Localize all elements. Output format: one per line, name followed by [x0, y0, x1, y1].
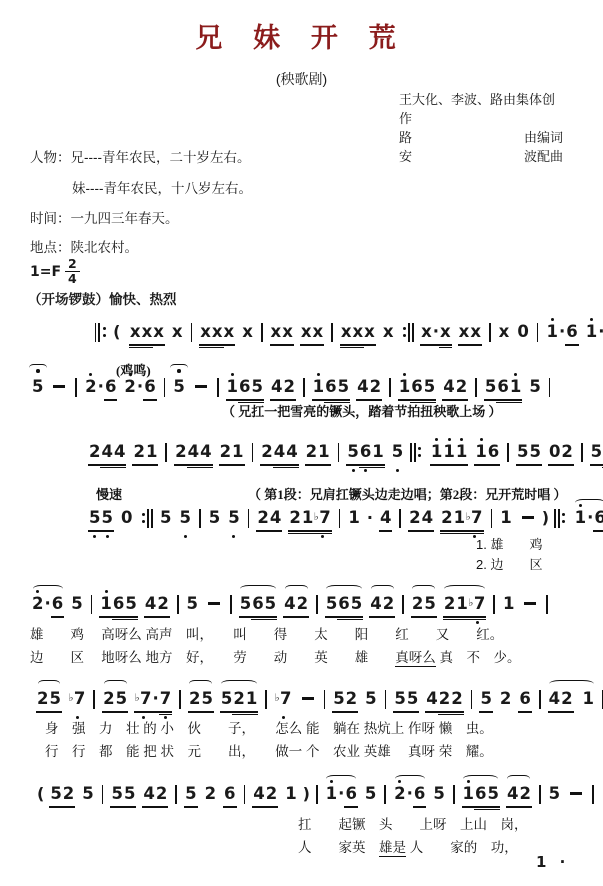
note-group: xx	[300, 322, 323, 343]
note: x	[270, 322, 282, 343]
note: 6	[411, 377, 423, 398]
sustain-dash	[195, 385, 207, 388]
note-glyph: 2	[382, 594, 394, 613]
note: ·	[558, 322, 565, 343]
note-group: 55	[89, 508, 114, 529]
note-glyph: 5	[394, 689, 406, 708]
note-group: 55	[394, 689, 419, 710]
notation-part	[103, 327, 106, 330]
note-group: 5	[32, 377, 44, 398]
note: 4	[101, 442, 113, 463]
note-glyph: 1	[574, 508, 586, 527]
note-group: xxx	[200, 322, 235, 343]
note: 2	[561, 689, 573, 710]
barline	[324, 690, 326, 709]
beam-line	[317, 464, 330, 466]
note: 1	[312, 377, 324, 398]
note-glyph: 7	[280, 689, 292, 708]
note-glyph: 1	[585, 322, 597, 341]
music-system: (xxxxxxxxxxxxxxxxx·xxxx01·61·6	[88, 322, 603, 344]
note: 1	[100, 594, 112, 615]
beam-line	[363, 344, 376, 346]
note: 5	[228, 508, 240, 529]
note-glyph: 2	[155, 784, 167, 803]
note: 2	[305, 442, 317, 463]
note-glyph: 6	[413, 784, 425, 803]
note-glyph: 5	[529, 377, 541, 396]
note-group: xx	[270, 322, 293, 343]
beam-line	[239, 616, 252, 618]
credits-authors: 王大化、李波、路由集体创作	[399, 90, 563, 128]
note-group: 21	[219, 442, 244, 463]
note: 4	[426, 689, 438, 710]
note-glyph: 4	[253, 784, 265, 803]
barline	[581, 443, 583, 462]
cast-line-2: 妹----青年农民，十八岁左右。	[72, 177, 252, 197]
note-glyph: ·	[97, 377, 104, 396]
note-glyph: 6	[325, 377, 337, 396]
beam-line	[379, 530, 392, 532]
note: 4	[200, 442, 212, 463]
close-paren: )	[303, 784, 310, 804]
beam-line	[474, 806, 487, 808]
note-glyph: 2	[219, 442, 231, 461]
lyrics-line: 行 行 都 能 把 状 元 出， 做一 个 农业 英雄 真呀 荣 耀。	[45, 740, 493, 760]
note: 1	[285, 784, 297, 805]
note: 6	[413, 784, 425, 805]
beam-line	[143, 399, 156, 401]
beam-line	[438, 711, 451, 713]
repeat-close-barline	[400, 322, 414, 342]
flat-sign: ♭	[275, 692, 280, 704]
note-glyph: 5	[590, 442, 602, 461]
sustain-dash	[53, 385, 65, 388]
meter-numerator: 2	[65, 258, 80, 272]
note: 5	[480, 689, 492, 710]
beam-line	[88, 464, 101, 466]
note: ·	[97, 377, 104, 398]
note: 6	[359, 442, 371, 463]
note-glyph: 2	[394, 784, 406, 803]
note-glyph: 2	[175, 442, 187, 461]
beam-line	[199, 467, 212, 469]
note: 2	[261, 442, 273, 463]
note: 5	[125, 594, 137, 615]
note: 5	[433, 784, 445, 805]
note-group: 21♭7	[443, 594, 485, 615]
note: x	[421, 322, 433, 343]
note-group: 561	[347, 442, 384, 463]
note-glyph: 6	[359, 442, 371, 461]
music-system: 52·62·651654216542165425615(鸡鸣)（ 兄扛一把雪亮的…	[28, 377, 554, 399]
beam-line	[296, 616, 309, 618]
note-group: ♭7·7	[135, 689, 172, 710]
notation-row: (xxxxxxxxxxxxxxxxx·xxxx01·61·6	[88, 322, 603, 344]
note: 1	[348, 508, 360, 529]
note: 1	[145, 442, 157, 463]
beam-line	[486, 806, 499, 808]
note-group: 111	[430, 442, 467, 463]
barline	[489, 323, 491, 342]
note-glyph: 2	[283, 377, 295, 396]
note-group: 5	[82, 784, 94, 805]
note-glyph: 5	[347, 442, 359, 461]
beam-line	[88, 530, 101, 532]
note-glyph: 2	[37, 689, 49, 708]
note: x	[458, 322, 470, 343]
beam-line	[102, 711, 115, 713]
note-glyph: 2	[438, 689, 450, 708]
beam-line	[313, 533, 331, 535]
sustain-dash	[522, 516, 534, 519]
note-glyph: 7	[140, 689, 152, 708]
note-glyph: 5	[391, 442, 403, 461]
note: 5	[251, 377, 263, 398]
note: 5	[208, 508, 220, 529]
note-glyph: 5	[220, 689, 232, 708]
repeat-bars	[554, 509, 560, 528]
note: 4	[113, 442, 125, 463]
beam-line	[371, 464, 384, 466]
beam-line	[156, 616, 169, 618]
note-glyph: 0	[517, 322, 529, 341]
note: 1	[475, 442, 487, 463]
barline	[175, 785, 177, 804]
note-glyph: 7	[319, 508, 331, 527]
music-system: 2·6516542556542565422521♭71雄 鸡 高呀么 高声 叫，…	[28, 594, 552, 616]
note: ♭7	[314, 508, 331, 529]
score-annotation: 慢速	[96, 484, 122, 503]
note-glyph: 4	[357, 377, 369, 396]
note: 1	[443, 442, 455, 463]
note-group: 0	[517, 322, 529, 343]
note-glyph: 5	[185, 784, 197, 803]
note: 2	[296, 594, 308, 615]
repeat-bars	[410, 443, 416, 462]
note-glyph: 2	[345, 689, 357, 708]
note-glyph: 5	[424, 594, 436, 613]
notation-part	[410, 443, 412, 462]
note: 4	[370, 594, 382, 615]
beam-line	[487, 464, 500, 466]
note: 5	[529, 377, 541, 398]
note-glyph: x	[440, 322, 452, 341]
barline	[385, 690, 387, 709]
beam-line	[371, 467, 384, 469]
note: 2	[283, 377, 295, 398]
beam-line	[301, 530, 314, 532]
note: 0	[120, 508, 132, 529]
note: 5	[239, 594, 251, 615]
note: 1	[500, 508, 512, 529]
lyricist-role: 由编词	[524, 128, 563, 147]
note: 2	[155, 784, 167, 805]
note-group: 42	[144, 594, 169, 615]
key-label: 1=F	[30, 264, 61, 280]
note-glyph: 2	[124, 377, 136, 396]
note-glyph: 2	[103, 689, 115, 708]
beam-line	[439, 344, 452, 346]
note-glyph: x	[242, 322, 254, 341]
note-glyph: 5	[350, 594, 362, 613]
note-gap	[573, 689, 582, 710]
genre-subtitle: (秧歌剧)	[0, 69, 603, 89]
note: 2	[443, 594, 455, 615]
note-glyph: 1	[582, 689, 594, 708]
beam-line	[115, 711, 128, 713]
note-glyph: 5	[123, 784, 135, 803]
note-glyph: 4	[284, 594, 296, 613]
barline	[339, 509, 341, 528]
repeat-dots	[142, 513, 145, 523]
note-glyph: 5	[406, 689, 418, 708]
lyric-segment: 人 家英	[298, 840, 379, 855]
beam-line	[465, 530, 483, 532]
note-glyph: x	[153, 322, 165, 341]
note: x	[223, 322, 235, 343]
note-group: 165	[226, 377, 263, 398]
note: x	[340, 322, 352, 343]
note: x	[382, 322, 394, 343]
note-group: 21	[133, 442, 158, 463]
note: 5	[423, 377, 435, 398]
beam-line	[590, 464, 603, 466]
note: 2	[499, 689, 511, 710]
beam-line	[283, 616, 296, 618]
credits-block: 王大化、李波、路由集体创作 路 由编词 安 波配曲	[399, 90, 563, 166]
note-glyph: 1	[372, 442, 384, 461]
note-group: 2·6	[124, 377, 156, 398]
beam-line	[455, 616, 468, 618]
flat-sign: ♭	[135, 692, 140, 704]
beam-line	[220, 711, 233, 713]
beam-line	[423, 616, 436, 618]
note-glyph: 2	[451, 689, 463, 708]
note-group: ♭7	[275, 689, 292, 710]
note-glyph: 5	[173, 377, 185, 396]
note-glyph: 5	[208, 508, 220, 527]
octave-dot-below	[106, 535, 109, 538]
note-glyph: 6	[487, 442, 499, 461]
beam-line	[188, 711, 201, 713]
barline	[177, 595, 179, 614]
beam-line	[251, 616, 264, 618]
note-glyph: 2	[204, 784, 216, 803]
barline	[546, 595, 548, 614]
beam-line	[468, 619, 486, 621]
repeat-open-barline	[95, 322, 109, 342]
beam-line	[211, 347, 224, 349]
octave-dot-above	[398, 780, 401, 783]
note-group: 2·6	[32, 594, 64, 615]
notation-part	[414, 443, 416, 462]
beam-line	[200, 711, 213, 713]
beam-line	[223, 806, 236, 808]
beam-line	[124, 619, 137, 621]
note-group: 1	[348, 508, 360, 529]
beam-line	[112, 616, 125, 618]
note-group: 16	[475, 442, 500, 463]
beam-line	[593, 530, 603, 532]
barline	[303, 378, 305, 397]
note-group: 5	[173, 377, 185, 398]
beam-line	[359, 464, 372, 466]
beam-line	[393, 711, 406, 713]
note-group: 165	[462, 784, 499, 805]
sheet-music-page: 兄 妹 开 荒 (秧歌剧) 王大化、李波、路由集体创作 路 由编词 安 波配曲 …	[0, 0, 603, 886]
barline	[402, 595, 404, 614]
note-group: 5	[208, 508, 220, 529]
beam-line	[100, 530, 113, 532]
note: 5	[101, 508, 113, 529]
note: 2	[85, 377, 97, 398]
note-glyph: ·	[587, 508, 594, 527]
note-glyph: 0	[548, 442, 560, 461]
lyrics-line: 边 区 地呀么 地方 好， 劳 动 英 雄 真呀么 真 不 少。	[30, 646, 521, 666]
lyric-segment: 雄是	[379, 840, 406, 857]
octave-dot-above	[579, 504, 582, 507]
note-glyph: 6	[411, 377, 423, 396]
beam-line	[51, 616, 64, 618]
music-system: (5255542526421)1·652·65165425扛 起镢 头 上呀 上…	[35, 784, 598, 806]
note-glyph: 1	[232, 442, 244, 461]
note-group: 52	[333, 689, 358, 710]
note: 2	[369, 377, 381, 398]
note-glyph: 4	[187, 442, 199, 461]
music-system: 55055552421♭71·42421♭71)1·651. 雄 鸡2. 边 区	[85, 508, 603, 530]
note: 5	[201, 689, 213, 710]
note: 5	[590, 442, 602, 463]
notation-part	[412, 323, 414, 342]
note-glyph: 6	[252, 594, 264, 613]
note: 4	[187, 442, 199, 463]
note-glyph: x	[352, 322, 364, 341]
barline	[93, 690, 95, 709]
note: 1	[301, 508, 313, 529]
note: ·	[432, 322, 439, 343]
barline	[230, 595, 232, 614]
note-glyph: 5	[71, 594, 83, 613]
note: 5	[173, 377, 185, 398]
note-glyph: 6	[144, 377, 156, 396]
note-group: 5	[391, 442, 403, 463]
note-group: 2	[204, 784, 216, 805]
note: 5	[71, 594, 83, 615]
beam-line	[548, 464, 561, 466]
note: 2	[219, 442, 231, 463]
barline	[453, 785, 455, 804]
note-glyph: 2	[409, 508, 421, 527]
sustain-dash	[570, 792, 582, 795]
beam-line	[359, 467, 372, 469]
beam-line	[288, 533, 301, 535]
octave-dot-below	[396, 469, 399, 472]
notation-part	[408, 323, 410, 342]
note: 4	[443, 377, 455, 398]
note-glyph: ·	[598, 322, 603, 341]
beam-line	[256, 530, 269, 532]
octave-dot-above	[317, 373, 320, 376]
beam-line	[110, 806, 123, 808]
note-glyph: 1	[325, 784, 337, 803]
note-group: 6	[224, 784, 236, 805]
note-glyph: 2	[441, 508, 453, 527]
repeat-dots	[562, 513, 565, 523]
note: 1	[226, 377, 238, 398]
barline	[316, 785, 318, 804]
note-glyph: 1	[443, 442, 455, 461]
note-glyph: 2	[499, 689, 511, 708]
note-glyph: 6	[104, 377, 116, 396]
beam-line	[99, 616, 112, 618]
note-group: 21	[305, 442, 330, 463]
note-glyph: 6	[239, 377, 251, 396]
note: 5	[487, 784, 499, 805]
beam-line	[252, 806, 265, 808]
note-group: 02	[548, 442, 573, 463]
score-annotation: （ 第1段：兄肩扛镢头边走边唱；第2段：兄开荒时唱 ）	[248, 484, 567, 503]
note-group: 1	[502, 594, 514, 615]
barline	[493, 595, 495, 614]
beam-line	[312, 344, 325, 346]
note: 5	[82, 784, 94, 805]
note-group: 5	[480, 689, 492, 710]
note-glyph: 5	[125, 594, 137, 613]
note-glyph: 5	[89, 508, 101, 527]
note: 1	[325, 784, 337, 805]
note-group: 565	[239, 594, 276, 615]
lyric-segment: 身 强 力 壮 的 小 伙 子， 怎么 能 躺在 热炕上 作呀 懒 虫。	[45, 721, 493, 736]
note-glyph: 6	[566, 322, 578, 341]
note-group: 5	[228, 508, 240, 529]
note-group: 5	[185, 784, 197, 805]
note: x	[282, 322, 294, 343]
beam-line	[450, 714, 463, 716]
notation-part	[418, 454, 421, 457]
note-glyph: 2	[32, 594, 44, 613]
beam-line	[223, 344, 236, 346]
barline	[179, 690, 181, 709]
note-glyph: ·	[338, 784, 345, 803]
beam-line	[450, 711, 463, 713]
note-glyph: ·	[432, 322, 439, 341]
note: 4	[286, 442, 298, 463]
beam-line	[174, 464, 187, 466]
note: 6	[497, 377, 509, 398]
beam-line	[273, 464, 286, 466]
note-glyph: 4	[270, 377, 282, 396]
beam-line	[245, 714, 258, 716]
beam-line	[560, 464, 573, 466]
beam-line	[352, 347, 365, 349]
note-glyph: x	[470, 322, 482, 341]
note: 0	[548, 442, 560, 463]
note-glyph: 4	[506, 784, 518, 803]
beam-line	[408, 530, 421, 532]
beam-line	[443, 616, 456, 618]
note-group: 2·6	[394, 784, 426, 805]
note-glyph: 5	[484, 377, 496, 396]
note: 5	[89, 508, 101, 529]
barline	[217, 378, 219, 397]
note: 5	[394, 689, 406, 710]
barline	[475, 378, 477, 397]
note-glyph: 1	[509, 377, 521, 396]
beam-line	[474, 809, 487, 811]
note: 1	[456, 594, 468, 615]
note-group: xxx	[129, 322, 164, 343]
note-glyph: ·	[44, 594, 51, 613]
